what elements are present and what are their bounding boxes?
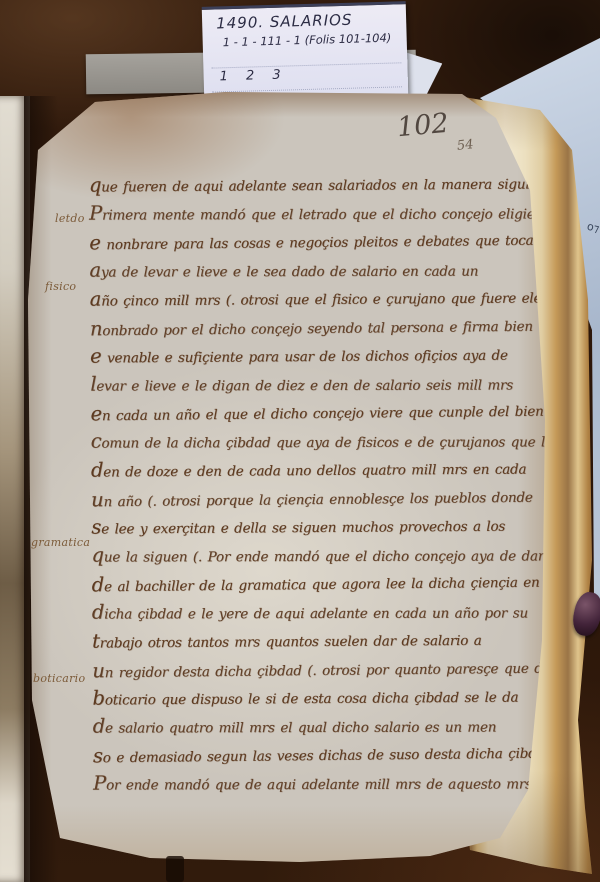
manuscript-line: de al bachiller de la gramatica que agor… (92, 567, 544, 600)
manuscript-line: e venable e sufiçiente para usar de los … (90, 339, 542, 371)
folio-number: 102 (396, 108, 450, 143)
sheet-ink-mark: o⁊ (585, 220, 600, 236)
manuscript-line: dicha çibdad e le yere de aqui adelante … (92, 597, 544, 627)
margin-note-letrado: letdo (55, 212, 85, 225)
manuscript-line: comun de la dicha çibdad que aya de fisi… (91, 426, 543, 456)
manuscript-line: un regidor desta dicha çibdad (. otrosi … (92, 652, 544, 685)
archival-reference-card: 1490. SALARIOS 1 - 1 - 111 - 1 (Folis 10… (202, 1, 409, 102)
manuscript-page: 102 54 letdo fisico gramatica boticario … (25, 86, 555, 868)
manuscript-line: se lee y exerçitan e della se siguen muc… (91, 510, 543, 542)
manuscript-line: año çinco mill mrs (. otrosi que el fisi… (90, 282, 542, 314)
manuscript-photo: o⁊ 1490. SALARIOS 1 - 1 - 111 - 1 (Folis… (0, 0, 600, 882)
card-reference-number: 1 - 1 - 111 - 1 (Folis 101-104) (223, 31, 392, 50)
margin-note-boticario: boticario (33, 672, 85, 685)
card-ruled-line (212, 86, 402, 92)
manuscript-line: nonbrado por el dicho conçejo seyendo ta… (90, 310, 542, 343)
manuscript-line: trabajo otros tantos mrs quantos suelen … (92, 624, 544, 656)
manuscript-line: de salario quatro mill mrs el qual dicho… (93, 711, 545, 741)
manuscript-line: aya de levar e lieve e le sea dado de sa… (89, 255, 541, 285)
manuscript-line: un año (. otrosi porque la çiençia ennob… (91, 481, 543, 514)
folio-secondary-number: 54 (456, 137, 474, 154)
card-year-title: 1490. SALARIOS (216, 11, 353, 33)
manuscript-line: en cada un año el que el dicho conçejo v… (90, 396, 542, 429)
manuscript-line: levar e lieve e le digan de diez e den d… (90, 369, 542, 399)
manuscript-line: que fueren de aqui adelante sean salaria… (89, 168, 541, 200)
manuscript-line: que la siguen (. Por ende mandó que el d… (91, 540, 543, 570)
manuscript-line: boticario que dispuso le si de esta cosa… (92, 681, 544, 713)
manuscript-line: so e demasiado segun las veses dichas de… (93, 738, 545, 771)
manuscript-text-block: que fueren de aqui adelante sean salaria… (89, 168, 545, 798)
table-shadow-notch (166, 856, 184, 882)
margin-note-fisico: fisico (45, 280, 76, 293)
manuscript-line: Por ende mandó que de aqui adelante mill… (93, 768, 545, 798)
card-ruled-line (211, 62, 401, 68)
margin-note-gramatica: gramatica (31, 536, 90, 549)
card-numbers: 1 2 3 (219, 67, 287, 84)
manuscript-line: e nonbrare para las cosas e negoçios ple… (89, 225, 541, 258)
manuscript-line: Primera mente mandó que el letrado que e… (89, 198, 541, 228)
manuscript-line: den de doze e den de cada uno dellos qua… (91, 453, 543, 485)
